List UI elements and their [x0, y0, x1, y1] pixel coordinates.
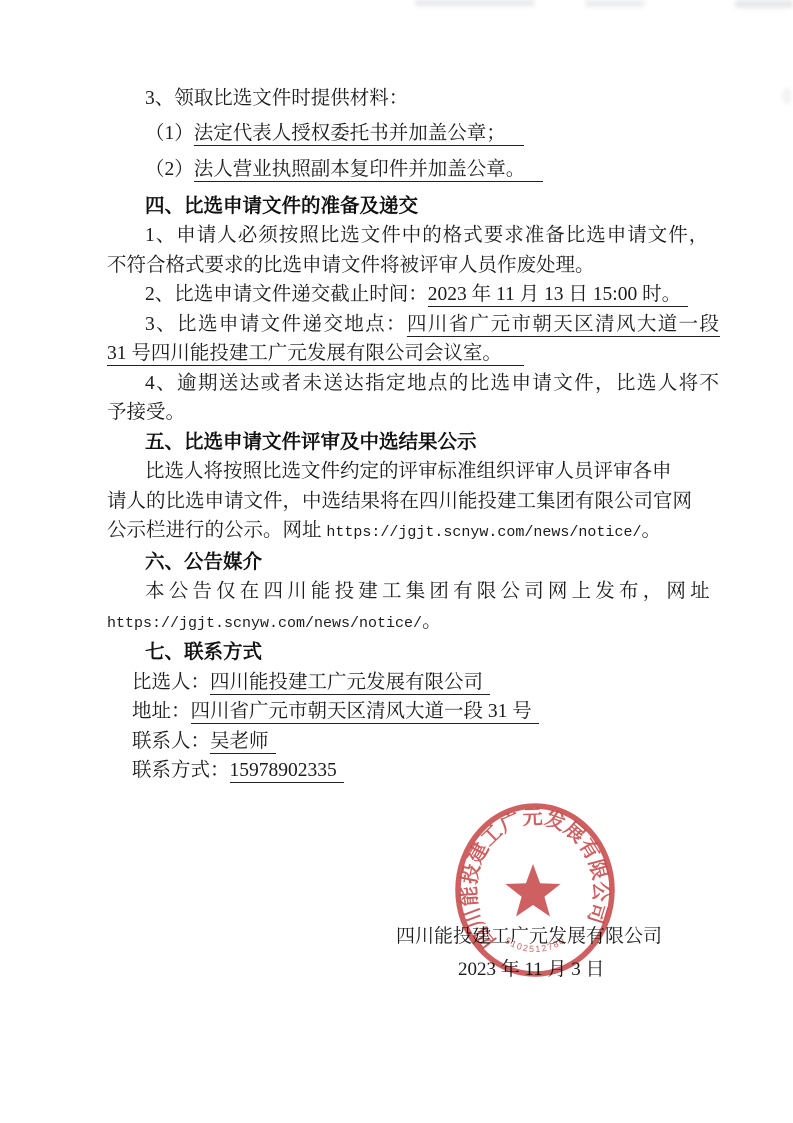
materials-heading-text: 3、领取比选文件时提供材料： — [145, 88, 408, 109]
materials-item-2: （2）法人营业执照副本复印件并加盖公章。 — [107, 155, 723, 185]
s5-line-3: 公示栏进行的公示。网址 https://jgjt.scnyw.com/news/… — [107, 516, 723, 548]
location-label: 3、比选申请文件递交地点： — [145, 314, 407, 335]
phone-label: 联系方式： — [132, 760, 230, 781]
address-value: 四川省广元市朝天区清风大道一段 31 号 — [191, 701, 539, 724]
s4-deadline-line: 2、比选申请文件递交截止时间：2023 年 11 月 13 日 15:00 时。 — [107, 280, 723, 310]
s6-line-2: https://jgjt.scnyw.com/news/notice/。 — [107, 607, 723, 639]
deadline-label: 2、比选申请文件递交截止时间： — [145, 284, 428, 305]
document-body: 3、领取比选文件时提供材料： （1）法定代表人授权委托书并加盖公章； （2）法人… — [0, 0, 793, 786]
location-value-part-2: 31 号四川能投建工广元发展有限公司会议室。 — [107, 343, 524, 366]
s4-paragraph-4-line-2: 予接受。 — [107, 398, 723, 428]
contact-address-line: 地址：四川省广元市朝天区清风大道一段 31 号 — [107, 697, 723, 727]
s4-paragraph-1-line-1: 1、申请人必须按照比选文件中的格式要求准备比选申请文件， — [107, 221, 723, 251]
phone-value: 15978902335 — [230, 760, 344, 783]
s4-location-line-1: 3、比选申请文件递交地点：四川省广元市朝天区清风大道一段 — [107, 310, 723, 340]
s4-paragraph-4-line-1: 4、逾期送达或者未送达指定地点的比选申请文件，比选人将不 — [107, 369, 723, 399]
section-6-heading: 六、公告媒介 — [107, 548, 723, 578]
materials-heading: 3、领取比选文件时提供材料： — [107, 84, 723, 114]
business-license-text: 法人营业执照副本复印件并加盖公章。 — [194, 159, 544, 182]
address-label: 地址： — [132, 701, 191, 722]
contact-person-value: 吴老师 — [210, 731, 276, 754]
bidder-label: 比选人： — [132, 672, 210, 693]
s4-location-line-2: 31 号四川能投建工广元发展有限公司会议室。 — [107, 339, 723, 369]
contact-phone-line: 联系方式：15978902335 — [107, 756, 723, 786]
contact-bidder-line: 比选人：四川能投建工广元发展有限公司 — [107, 668, 723, 698]
bidder-value: 四川能投建工广元发展有限公司 — [210, 672, 490, 695]
section-7-heading: 七、联系方式 — [107, 638, 723, 668]
company-seal: 四川能投建工广元发展有限公司 5102512780 — [435, 793, 635, 1003]
s6-line-1: 本公告仅在四川能投建工集团有限公司网上发布，网址 — [107, 577, 723, 607]
document-page: 3、领取比选文件时提供材料： （1）法定代表人授权委托书并加盖公章； （2）法人… — [0, 0, 793, 1123]
section-4-heading: 四、比选申请文件的准备及递交 — [107, 192, 723, 222]
section-5-heading: 五、比选申请文件评审及中选结果公示 — [107, 428, 723, 458]
item-number: （1） — [145, 123, 194, 144]
s5-line-2: 请人的比选申请文件，中选结果将在四川能投建工集团有限公司官网 — [107, 487, 723, 517]
seal-star-icon — [505, 864, 560, 917]
s5-line-1: 比选人将按照比选文件约定的评审标准组织评审人员评审各申 — [107, 457, 723, 487]
materials-item-1: （1）法定代表人授权委托书并加盖公章； — [107, 119, 723, 149]
notice-url: https://jgjt.scnyw.com/news/notice/ — [326, 524, 641, 541]
s4-paragraph-1-line-2: 不符合格式要求的比选申请文件将被评审人员作废处理。 — [107, 251, 723, 281]
seal-number: 5102512780 — [503, 935, 567, 954]
contact-person-line: 联系人：吴老师 — [107, 727, 723, 757]
notice-url: https://jgjt.scnyw.com/news/notice/ — [107, 615, 422, 632]
deadline-value: 2023 年 11 月 13 日 15:00 时。 — [428, 284, 688, 307]
contact-person-label: 联系人： — [132, 731, 210, 752]
location-value-part-1: 四川省广元市朝天区清风大道一段 — [407, 314, 721, 337]
authorization-letter-text: 法定代表人授权委托书并加盖公章； — [194, 123, 524, 146]
item-number: （2） — [145, 159, 194, 180]
